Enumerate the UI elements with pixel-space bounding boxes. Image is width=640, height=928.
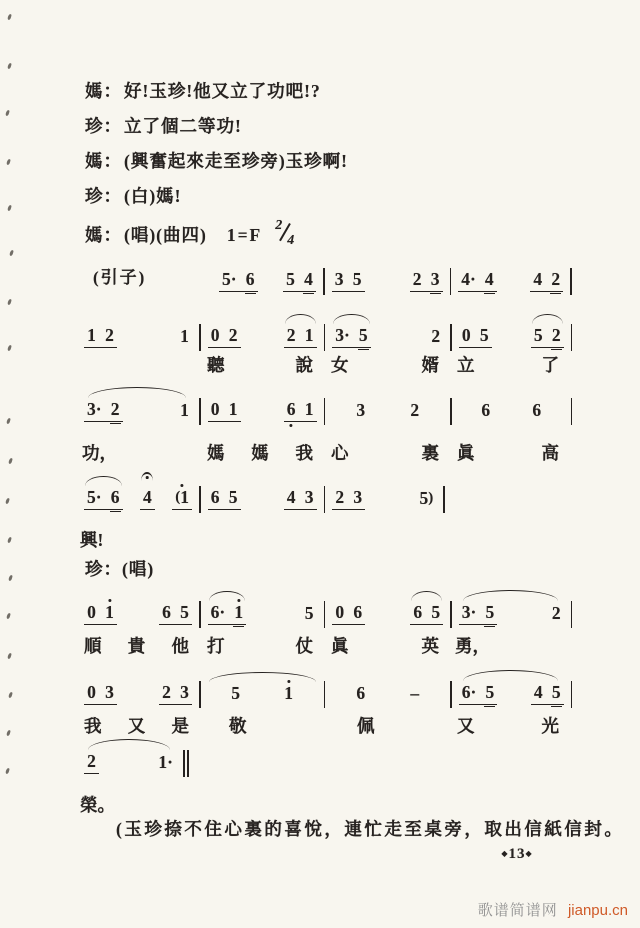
note-digit: 3 bbox=[335, 269, 344, 289]
note: 5 bbox=[431, 602, 440, 622]
intro-label: (引子) bbox=[80, 263, 215, 292]
note: 3 bbox=[335, 269, 344, 289]
lyric-char: 媽 bbox=[207, 440, 225, 465]
lyric-cell: 女婿 bbox=[327, 352, 453, 377]
note-digit: 3· bbox=[335, 325, 350, 345]
note-digit: 1 bbox=[180, 400, 189, 420]
note-digit: 5· bbox=[222, 269, 237, 289]
lyric-char: 英 bbox=[422, 633, 440, 658]
note: 5 bbox=[534, 325, 543, 345]
measure: 5·64(1 bbox=[80, 487, 196, 510]
note-group: 65 bbox=[410, 602, 443, 625]
note: 2 bbox=[111, 399, 120, 419]
interlude-speaker-line: 珍：(唱) bbox=[85, 556, 154, 581]
note-group: 61 bbox=[284, 399, 317, 422]
dialogue-line: 媽：好!玉珍!他又立了功吧!? bbox=[85, 78, 321, 103]
dialogue-text: (唱)(曲四) bbox=[124, 225, 207, 245]
print-speck bbox=[7, 205, 12, 212]
barline bbox=[450, 268, 452, 295]
print-speck bbox=[6, 418, 11, 425]
barline bbox=[571, 601, 573, 628]
note-digit: 3 bbox=[305, 487, 314, 507]
note: 6 bbox=[481, 400, 490, 420]
time-signature: 24 bbox=[274, 221, 296, 247]
measure: 3·52 bbox=[455, 602, 568, 625]
time-signature-numerator: 2 bbox=[275, 218, 283, 234]
note-digit: 5 bbox=[419, 488, 428, 508]
note: 2 bbox=[87, 751, 96, 771]
barline bbox=[450, 398, 452, 425]
print-speck bbox=[7, 63, 12, 70]
note-group: 05 bbox=[459, 325, 492, 348]
music-line-zhen-phrase-1: 01656·1506653·52 bbox=[80, 593, 575, 625]
note-digit: 2 bbox=[431, 326, 440, 346]
note: 4 bbox=[534, 682, 543, 702]
print-speck bbox=[8, 458, 13, 465]
sixteenth-underline bbox=[484, 293, 495, 294]
note: 0 bbox=[211, 325, 220, 345]
note: 2 bbox=[413, 269, 422, 289]
note-group: 5·6 bbox=[219, 269, 258, 292]
lyric-char: 媽 bbox=[251, 440, 269, 465]
lyric-char: 光 bbox=[542, 713, 560, 738]
note: 5 bbox=[359, 325, 368, 345]
note-digit: 4· bbox=[461, 269, 476, 289]
note-digit: 4 bbox=[534, 682, 543, 702]
note-digit: 6· bbox=[462, 682, 477, 702]
measure: 235) bbox=[328, 487, 440, 510]
measure: 6·545 bbox=[455, 682, 568, 705]
note-digit: 1 bbox=[284, 683, 293, 703]
note-digit: 6 bbox=[246, 269, 255, 289]
note-digit: 6 bbox=[111, 487, 120, 507]
page-number-value: 13 bbox=[509, 846, 526, 862]
lyric-char: 女 bbox=[331, 352, 349, 377]
note-group: 45 bbox=[531, 682, 564, 705]
barline bbox=[324, 681, 326, 708]
note-digit: 6 bbox=[356, 683, 365, 703]
barline bbox=[450, 601, 452, 628]
lyric-char: 高 bbox=[542, 440, 560, 465]
note-group: 2 bbox=[549, 603, 564, 625]
note: 1 bbox=[305, 325, 314, 345]
note: 6 bbox=[162, 602, 171, 622]
note-group: 2 bbox=[428, 326, 443, 348]
note-digit: 6 bbox=[211, 487, 220, 507]
print-speck bbox=[5, 498, 10, 505]
note-group: 65 bbox=[159, 602, 192, 625]
key-signature: 1=F bbox=[227, 225, 262, 245]
note-digit: 2 bbox=[162, 682, 171, 702]
note-digit: 4 bbox=[287, 487, 296, 507]
note-digit: 5 bbox=[180, 602, 189, 622]
note-digit: 2 bbox=[335, 487, 344, 507]
barline bbox=[443, 486, 445, 513]
note-digit: 0 bbox=[211, 399, 220, 419]
note-digit: 4 bbox=[143, 487, 152, 507]
measure: 5·654 bbox=[215, 269, 320, 292]
note: 5· bbox=[87, 487, 102, 507]
note-group: 2 bbox=[84, 751, 99, 774]
page-number-bullet-left: ◆ bbox=[501, 849, 508, 858]
lyric-char: 又 bbox=[457, 713, 475, 738]
note-digit: 6 bbox=[413, 602, 422, 622]
note-digit: – bbox=[410, 683, 419, 703]
note: 6 bbox=[532, 400, 541, 420]
measure: 0323 bbox=[80, 682, 196, 705]
note: 3· bbox=[335, 325, 350, 345]
measure: 121 bbox=[80, 325, 196, 348]
note-digit: 5 bbox=[431, 602, 440, 622]
print-speck bbox=[8, 575, 13, 582]
print-speck bbox=[5, 768, 10, 775]
note-group: 5·6 bbox=[84, 487, 123, 510]
note-digit: 6 bbox=[287, 399, 296, 419]
note-digit: 6· bbox=[211, 602, 226, 622]
note-group: 43 bbox=[284, 487, 317, 510]
lyric-cell: 又光 bbox=[453, 713, 573, 738]
print-speck bbox=[5, 110, 10, 117]
lyric-cell: 功， bbox=[80, 440, 203, 465]
note: 3· bbox=[462, 602, 477, 622]
watermark-site-name: 歌谱简谱网 bbox=[478, 902, 558, 919]
note-group: 6– bbox=[332, 683, 443, 705]
lyric-char: 又 bbox=[128, 713, 146, 738]
lyric-cell: 心裏 bbox=[327, 440, 453, 465]
note-group: 54 bbox=[283, 269, 316, 292]
print-speck bbox=[7, 653, 12, 660]
note-digit: 0 bbox=[462, 325, 471, 345]
note: 4 bbox=[485, 269, 494, 289]
barline bbox=[324, 486, 326, 513]
lyric-cell: 眞高 bbox=[453, 440, 573, 465]
note: 0 bbox=[211, 399, 220, 419]
lyric-char: 說 bbox=[296, 352, 314, 377]
note: 2 bbox=[410, 400, 419, 420]
note-digit: 5 bbox=[359, 325, 368, 345]
music-line-zhen-phrase-2: 0323516–6·545 bbox=[80, 673, 575, 705]
lyric-cell: 立了 bbox=[453, 352, 573, 377]
note: 4 bbox=[533, 269, 542, 289]
print-speck bbox=[6, 159, 11, 166]
lyric-cell: 我又是 bbox=[80, 713, 203, 738]
note-digit: 6 bbox=[162, 602, 171, 622]
note: 2 bbox=[335, 487, 344, 507]
note: 1 bbox=[229, 399, 238, 419]
sixteenth-underline bbox=[551, 349, 562, 350]
speaker-label: 媽： bbox=[85, 81, 122, 101]
measure: 6·15 bbox=[204, 602, 321, 625]
speaker-label: 珍： bbox=[85, 116, 122, 136]
note-digit: 5 bbox=[353, 269, 362, 289]
note: 2 bbox=[431, 326, 440, 346]
note-digit: 4 bbox=[485, 269, 494, 289]
dialogue-text: (興奮起來走至珍旁)玉珍啊! bbox=[124, 151, 348, 171]
lyric-char: 眞 bbox=[457, 440, 475, 465]
lyric-char: 婿 bbox=[422, 352, 440, 377]
print-speck bbox=[7, 299, 12, 306]
note: 5 bbox=[229, 487, 238, 507]
note: 2 bbox=[552, 325, 561, 345]
music-line-mother-phrase-1: 12102213·520552 bbox=[80, 316, 575, 348]
note-digit: 2 bbox=[111, 399, 120, 419]
note-digit: 6 bbox=[532, 400, 541, 420]
speaker-label: 媽： bbox=[85, 151, 122, 171]
note-digit: 3 bbox=[431, 269, 440, 289]
note-digit: 0 bbox=[211, 325, 220, 345]
note: 1 bbox=[305, 399, 314, 419]
note-digit: 3 bbox=[180, 682, 189, 702]
note-group: 23 bbox=[332, 487, 365, 510]
note-group: 3·2 bbox=[84, 399, 123, 422]
note-group: 32 bbox=[332, 400, 443, 422]
note-digit: 3 bbox=[356, 400, 365, 420]
note-group: 4·4 bbox=[458, 269, 497, 292]
note: 5 bbox=[353, 269, 362, 289]
lyric-char: 聽 bbox=[207, 352, 225, 377]
note-group: 1 bbox=[177, 326, 192, 348]
note-group: 21 bbox=[284, 325, 317, 348]
note-digit: 5 bbox=[231, 683, 240, 703]
note: 1 bbox=[234, 602, 243, 622]
note-group: 6·5 bbox=[459, 682, 498, 705]
lyric-row: 功，媽媽我心裏眞高 bbox=[80, 440, 573, 465]
note-digit: 1· bbox=[158, 752, 173, 772]
print-speck bbox=[9, 250, 14, 257]
barline bbox=[199, 601, 201, 628]
note-group: 03 bbox=[84, 682, 117, 705]
note-digit: 0 bbox=[335, 602, 344, 622]
note: 5 bbox=[485, 682, 494, 702]
barline bbox=[199, 324, 201, 351]
dialogue-text: (白)媽! bbox=[124, 186, 181, 206]
note: 6 bbox=[246, 269, 255, 289]
note: 5 bbox=[485, 602, 494, 622]
note-group: 5) bbox=[416, 488, 436, 510]
dialogue-line: 珍：(白)媽! bbox=[85, 183, 181, 208]
note: 2 bbox=[229, 325, 238, 345]
note: 1 bbox=[180, 400, 189, 420]
note-digit: 0 bbox=[87, 602, 96, 622]
lyric-cell: 勇， bbox=[453, 633, 573, 658]
measure: 3·52 bbox=[328, 325, 447, 348]
lyric-tail: 榮。 bbox=[80, 792, 115, 817]
note-digit: 2 bbox=[552, 603, 561, 623]
measure: 0665 bbox=[328, 602, 447, 625]
measure: 6543 bbox=[204, 487, 321, 510]
note-group: 12 bbox=[84, 325, 117, 348]
note-group: 35 bbox=[332, 269, 365, 292]
barline bbox=[450, 681, 452, 708]
sixteenth-underline bbox=[233, 626, 244, 627]
note: 5 bbox=[286, 269, 295, 289]
barline bbox=[323, 268, 325, 295]
note-group: 51 bbox=[208, 683, 317, 705]
measure: 0161 bbox=[204, 399, 321, 422]
lyric-char: 貴 bbox=[128, 633, 146, 658]
measure: 32 bbox=[328, 400, 447, 422]
barline bbox=[324, 601, 326, 628]
measure: 0165 bbox=[80, 602, 196, 625]
barline bbox=[324, 324, 326, 351]
note-digit: 0 bbox=[87, 682, 96, 702]
note-group: 06 bbox=[332, 602, 365, 625]
note: 5· bbox=[222, 269, 237, 289]
lyric-cell: 眞英 bbox=[327, 633, 453, 658]
note-digit: 5 bbox=[486, 682, 495, 702]
time-signature-denominator: 4 bbox=[287, 233, 295, 249]
fermata-icon bbox=[141, 472, 153, 481]
note-group: 4 bbox=[140, 487, 155, 510]
note: 5 bbox=[305, 603, 314, 623]
note-digit: 2 bbox=[105, 325, 114, 345]
note-digit: 5 bbox=[305, 603, 314, 623]
measure: 21· bbox=[80, 751, 180, 774]
note-digit: 4 bbox=[533, 269, 542, 289]
note: 3· bbox=[87, 399, 102, 419]
music-line-intro-line: (引子)5·65435234·442 bbox=[80, 260, 575, 292]
lyric-char: 立 bbox=[457, 352, 475, 377]
note-digit: 2 bbox=[413, 269, 422, 289]
note-digit: 1 bbox=[305, 325, 314, 345]
note-group: 01 bbox=[208, 399, 241, 422]
note-group: 23 bbox=[410, 269, 443, 292]
note-digit: 5· bbox=[87, 487, 102, 507]
lyric-char: 眞 bbox=[331, 633, 349, 658]
note-digit: 1 bbox=[105, 602, 114, 622]
note: (1 bbox=[175, 487, 189, 507]
lyric-char: 仗 bbox=[296, 633, 314, 658]
lyric-char: 我 bbox=[296, 440, 314, 465]
print-speck bbox=[6, 613, 11, 620]
low-octave-dot bbox=[290, 424, 293, 427]
barline bbox=[450, 324, 452, 351]
note: 6 bbox=[356, 683, 365, 703]
note: 2 bbox=[552, 603, 561, 623]
lyric-char: 裏 bbox=[422, 440, 440, 465]
note: 0 bbox=[87, 602, 96, 622]
barline bbox=[571, 324, 573, 351]
note-digit: 3 bbox=[353, 487, 362, 507]
note-digit: 1 bbox=[87, 325, 96, 345]
note: 6 bbox=[353, 602, 362, 622]
note-group: 1· bbox=[155, 752, 176, 774]
note-group: 3·5 bbox=[459, 602, 498, 625]
note-digit: 3· bbox=[87, 399, 102, 419]
sixteenth-underline bbox=[484, 626, 495, 627]
note-digit: 5 bbox=[486, 602, 495, 622]
barline bbox=[571, 398, 573, 425]
lyric-char: 我 bbox=[84, 713, 102, 738]
note: 0 bbox=[335, 602, 344, 622]
note: 2 bbox=[162, 682, 171, 702]
note: 0 bbox=[462, 325, 471, 345]
note-digit: 5 bbox=[552, 682, 561, 702]
note: 5 bbox=[552, 682, 561, 702]
print-speck bbox=[6, 730, 11, 737]
note: 4· bbox=[461, 269, 476, 289]
barline bbox=[199, 398, 201, 425]
note-group: (1 bbox=[172, 487, 192, 510]
lyric-cell: 佩 bbox=[327, 713, 453, 738]
note: 2 bbox=[551, 269, 560, 289]
note: 3 bbox=[180, 682, 189, 702]
note-digit: 6 bbox=[353, 602, 362, 622]
barline bbox=[570, 268, 572, 295]
lyric-char: 心 bbox=[331, 440, 349, 465]
note: 5) bbox=[419, 488, 433, 508]
lyric-row: 聽說女婿立了 bbox=[80, 352, 573, 377]
dialogue-text: 好!玉珍!他又立了功吧!? bbox=[124, 81, 321, 101]
close-paren-glyph: ) bbox=[428, 488, 433, 508]
lyric-cell: 順貴他 bbox=[80, 633, 203, 658]
note: – bbox=[410, 683, 419, 703]
note-digit: 1 bbox=[229, 399, 238, 419]
note: 2 bbox=[287, 325, 296, 345]
note-digit: 4 bbox=[304, 269, 313, 289]
note: 6 bbox=[287, 399, 296, 419]
sixteenth-underline bbox=[110, 423, 121, 424]
music-line-mother-phrase-2: 3·2101613266 bbox=[80, 390, 575, 422]
barline bbox=[324, 398, 326, 425]
lyric-char: 是 bbox=[172, 713, 190, 738]
note-digit: 2 bbox=[410, 400, 419, 420]
measure: 0221 bbox=[204, 325, 321, 348]
note-digit: 1 bbox=[180, 326, 189, 346]
measure: 3·21 bbox=[80, 399, 196, 422]
page-number-bullet-right: ◆ bbox=[526, 849, 533, 858]
dialogue-line: 媽：(唱)(曲四)1=F24 bbox=[85, 221, 296, 247]
sixteenth-underline bbox=[303, 293, 314, 294]
note-digit: 2 bbox=[87, 751, 96, 771]
barline bbox=[199, 486, 201, 513]
note-group: 65 bbox=[208, 487, 241, 510]
dialogue-line: 珍：立了個二等功! bbox=[85, 113, 242, 138]
lyric-cell: 媽媽我 bbox=[203, 440, 327, 465]
note: 3 bbox=[356, 400, 365, 420]
measure: 6– bbox=[328, 683, 447, 705]
note-group: 1 bbox=[177, 400, 192, 422]
score-page: 媽：好!玉珍!他又立了功吧!?珍：立了個二等功!媽：(興奮起來走至珍旁)玉珍啊!… bbox=[0, 0, 640, 928]
note: 3 bbox=[105, 682, 114, 702]
sixteenth-underline bbox=[430, 293, 441, 294]
measure: 51 bbox=[204, 683, 321, 705]
barline bbox=[199, 681, 201, 708]
print-speck bbox=[7, 14, 12, 21]
note: 6 bbox=[413, 602, 422, 622]
music-line-mother-phrase-3: 5·64(16543235) bbox=[80, 478, 448, 510]
note: 1 bbox=[105, 602, 114, 622]
lyric-char: 了 bbox=[542, 352, 560, 377]
note: 5 bbox=[231, 683, 240, 703]
note: 3 bbox=[353, 487, 362, 507]
dialogue-line: 媽：(興奮起來走至珍旁)玉珍啊! bbox=[85, 148, 348, 173]
measure: 0552 bbox=[455, 325, 568, 348]
note: 1· bbox=[158, 752, 173, 772]
note-digit: 3· bbox=[462, 602, 477, 622]
lyric-char: 打 bbox=[207, 633, 225, 658]
note-digit: 1 bbox=[234, 602, 243, 622]
note: 4 bbox=[304, 269, 313, 289]
lyric-row: 我又是敬佩又光 bbox=[80, 713, 573, 738]
barline bbox=[571, 681, 573, 708]
lyric-cell: 聽說 bbox=[203, 352, 327, 377]
watermark: 歌谱简谱网 jianpu.cn bbox=[478, 899, 628, 920]
note-digit: 3 bbox=[105, 682, 114, 702]
music-line-zhen-phrase-3: 21· bbox=[80, 742, 192, 774]
lyric-char: 順 bbox=[84, 633, 102, 658]
note: 4 bbox=[143, 487, 152, 507]
